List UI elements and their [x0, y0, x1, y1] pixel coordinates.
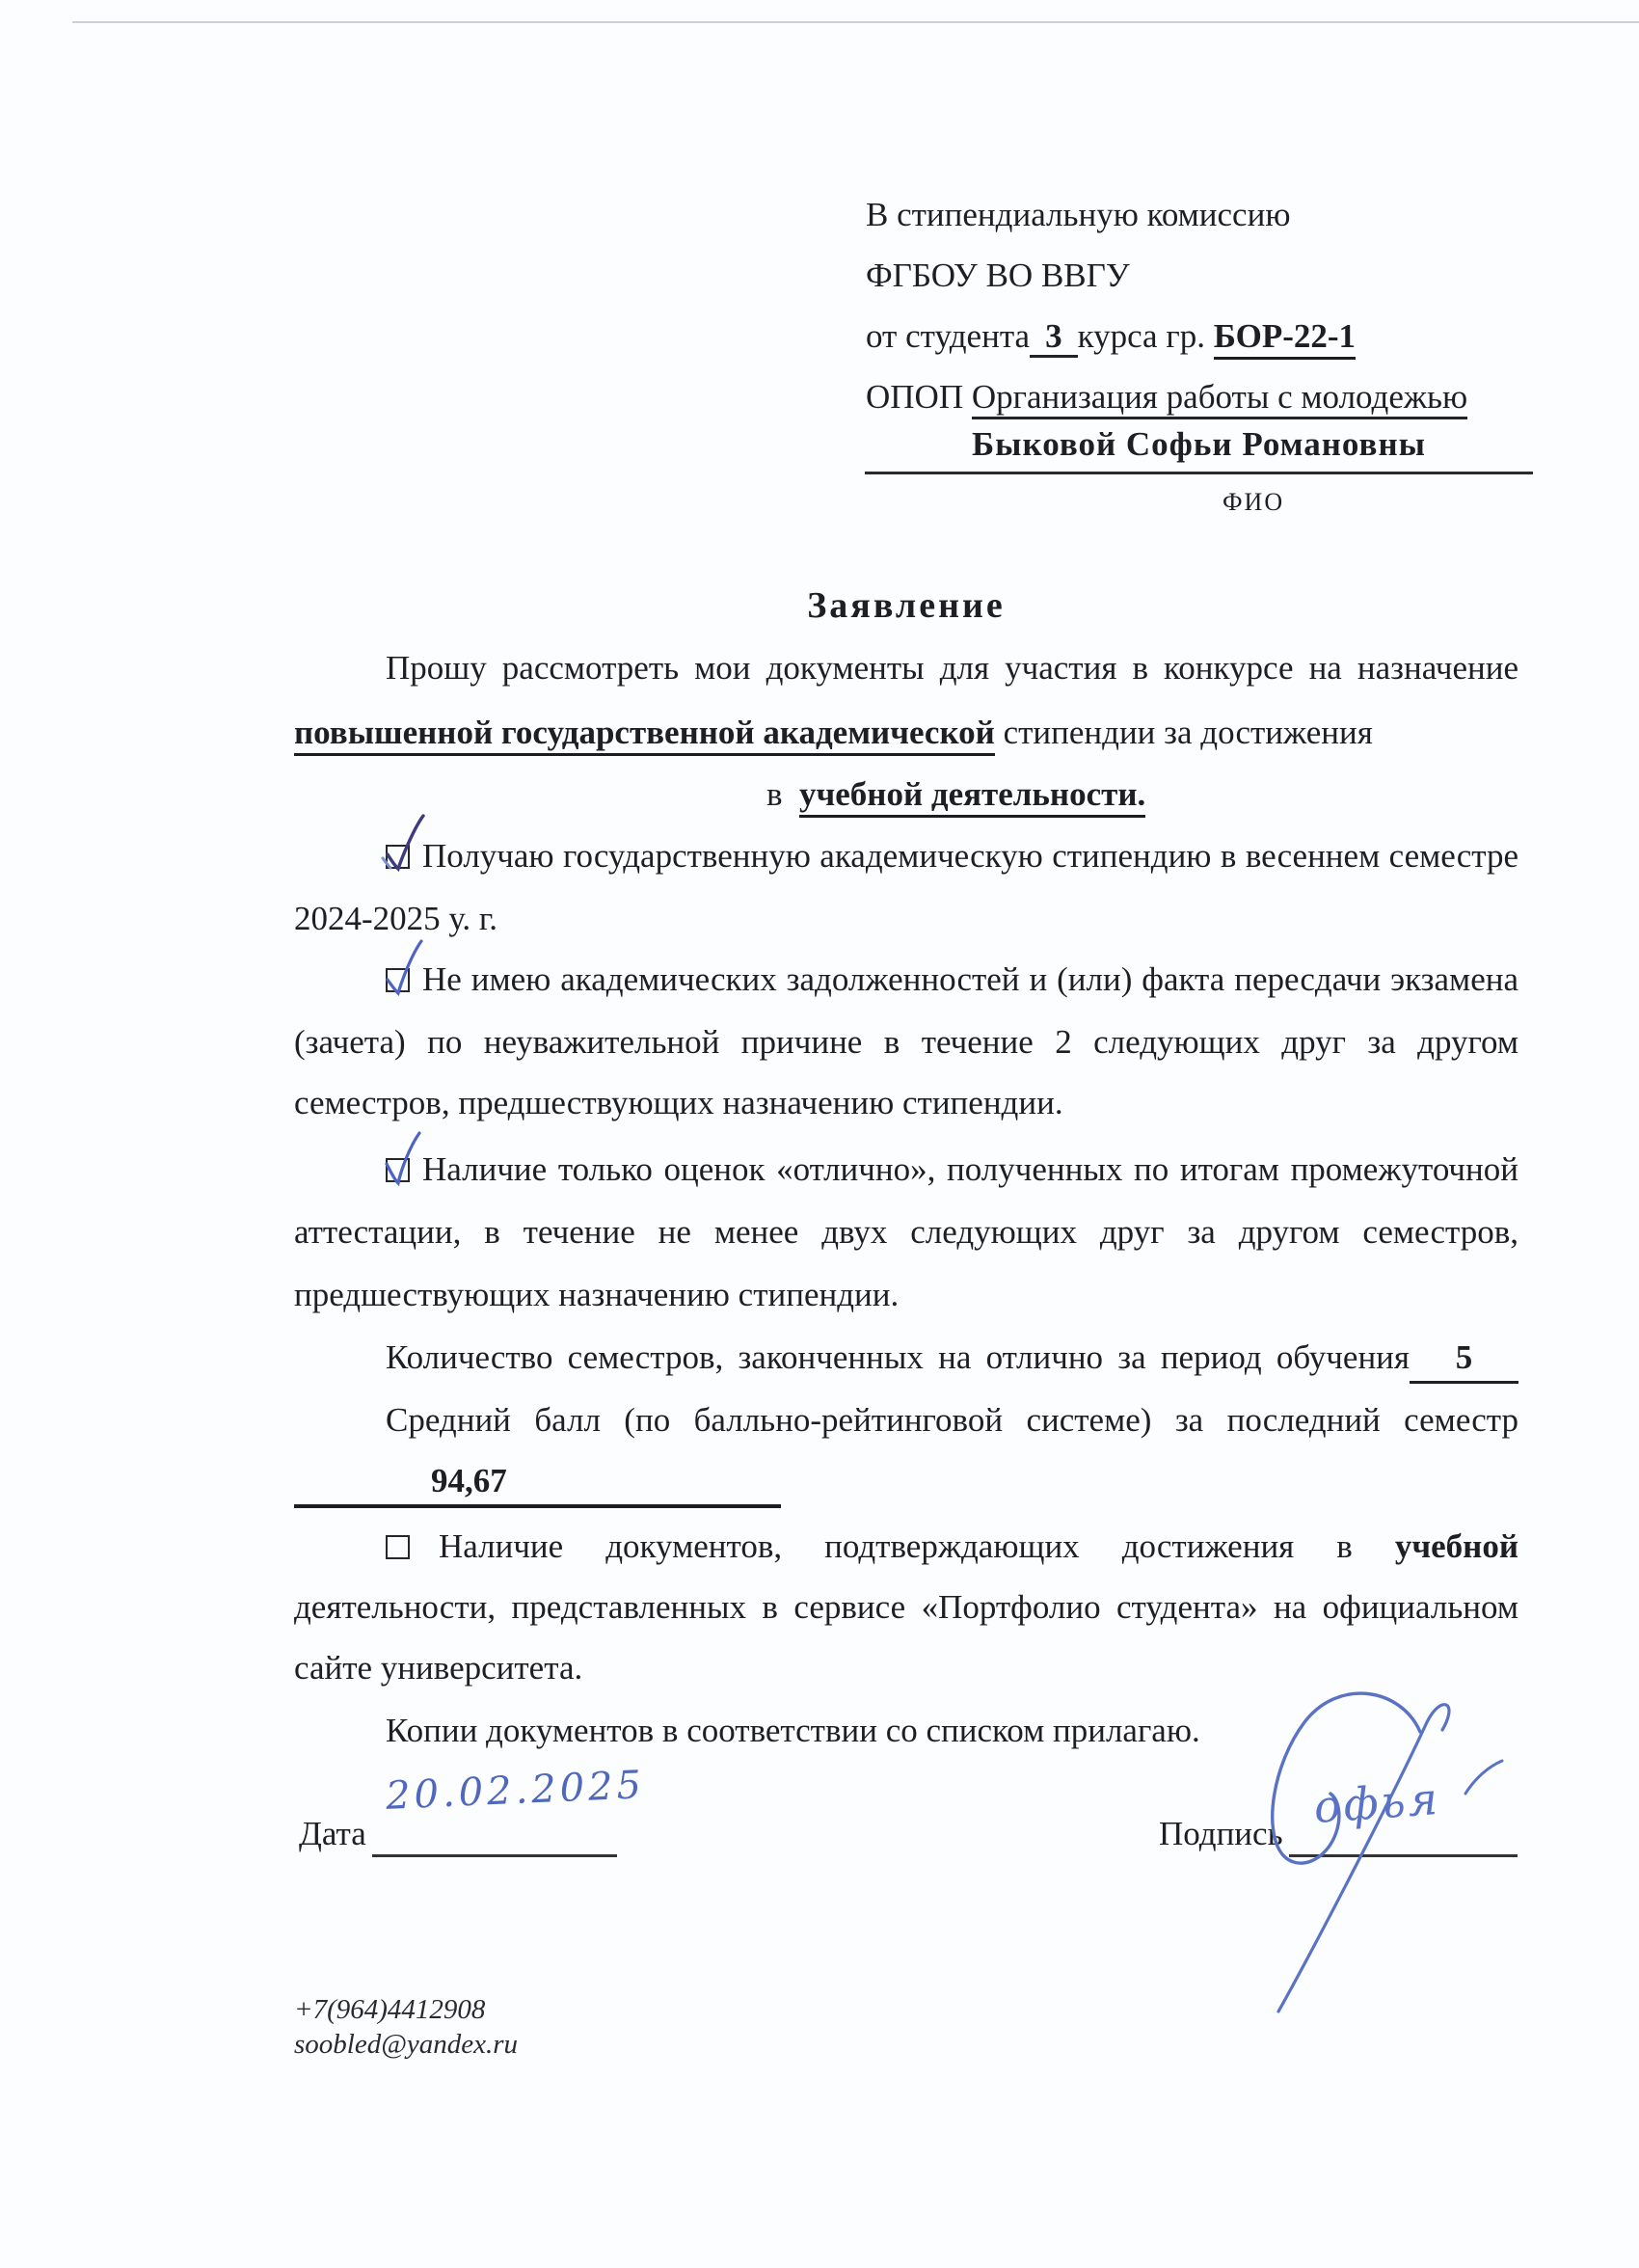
item3-line3: предшествующих назначению стипендии. [294, 1272, 899, 1318]
gpa-label-line: Средний балл (по балльно-рейтинговой сис… [294, 1397, 1518, 1444]
intro-line3: в учебной деятельности. [766, 771, 1145, 818]
signature-flourish-stroke [1278, 1705, 1449, 2011]
item1-text: Получаю государственную академическую ст… [422, 837, 1518, 875]
checkmark-icon [381, 935, 427, 997]
intro-line2: повышенной государственной академической… [294, 710, 1373, 756]
item4-line3: сайте университета. [294, 1645, 582, 1691]
intro-line1: Прошу рассмотреть мои документы для учас… [294, 645, 1518, 691]
student-name: Быковой Софьи Романовны [972, 425, 1426, 463]
gpa-value-line: 94,67 [294, 1458, 781, 1508]
semesters-row: Количество семестров, законченных на отл… [294, 1335, 1518, 1384]
date-label: Дата [299, 1811, 366, 1857]
date-line [372, 1811, 617, 1857]
item4-line2: деятельности, представленных в сервисе «… [294, 1584, 1518, 1631]
intro-line3-prefix: в [766, 775, 791, 813]
contact-email: soobled@yandex.ru [294, 2027, 518, 2062]
header-opop-line: ОПОП Организация работы с молодежью [866, 374, 1467, 420]
opop-program: Организация работы с молодежью [972, 378, 1467, 419]
checkbox-checked-icon [386, 968, 410, 992]
item2-text: Не имею академических задолженностей и (… [422, 960, 1518, 998]
contact-phone: +7(964)4412908 [294, 1992, 485, 2027]
opop-label: ОПОП [866, 378, 963, 416]
item4-bold-word: учебной [1395, 1527, 1518, 1565]
checkbox-checked-icon [386, 845, 410, 869]
header-addressee-line1: В стипендиальную комиссию [866, 192, 1290, 238]
item2-line3: семестров, предшествующих назначению сти… [294, 1080, 1063, 1126]
item2-line2: (зачета) по неуважительной причине в теч… [294, 1019, 1518, 1066]
from-mid: курса гр. [1078, 317, 1205, 355]
item2-line1: Не имею академических задолженностей и (… [294, 957, 1518, 1003]
header-student-line: от студента3курса гр. БОР-22-1 [866, 313, 1356, 360]
date-row: Дата [299, 1811, 617, 1857]
student-name-row: Быковой Софьи Романовны [865, 425, 1533, 474]
header-addressee-line2: ФГБОУ ВО ВВГУ [866, 253, 1130, 299]
activity-type-bold: учебной деятельности. [799, 775, 1145, 818]
group-code: БОР-22-1 [1214, 317, 1356, 360]
scanned-application-page: В стипендиальную комиссию ФГБОУ ВО ВВГУ … [0, 0, 1639, 2268]
scan-artifact-line [72, 21, 1639, 23]
semesters-label: Количество семестров, законченных на отл… [386, 1335, 1410, 1384]
gpa-value-field: 94,67 [294, 1458, 781, 1508]
signature-tick-stroke [1465, 1761, 1502, 1794]
from-prefix: от студента [866, 317, 1030, 355]
item4-text: Наличие документов, подтверждающих дости… [439, 1527, 1395, 1565]
handwritten-signature: офья [1223, 1676, 1533, 2025]
item4-line1: Наличие документов, подтверждающих дости… [294, 1524, 1518, 1570]
item3-text: Наличие только оценок «отлично», получен… [422, 1150, 1518, 1188]
fio-caption: ФИО [1223, 488, 1284, 517]
item3-line1: Наличие только оценок «отлично», получен… [294, 1147, 1518, 1193]
course-number: 3 [1030, 317, 1078, 358]
closing-line: Копии документов в соответствии со списк… [294, 1708, 1200, 1754]
checkmark-icon [381, 812, 427, 874]
scholarship-type-bold: повышенной государственной академической [294, 714, 995, 756]
semesters-value-field: 5 [1410, 1335, 1518, 1384]
checkmark-icon [381, 1125, 427, 1187]
item1-line1: Получаю государственную академическую ст… [294, 833, 1518, 879]
item3-line2: аттестации, в течение не менее двух след… [294, 1209, 1518, 1255]
signature-name-text: офья [1312, 1772, 1442, 1833]
document-title: Заявление [294, 584, 1518, 627]
checkbox-empty-icon [386, 1535, 410, 1559]
checkbox-checked-icon [386, 1158, 410, 1182]
intro-line2-rest: стипендии за достижения [995, 714, 1373, 751]
